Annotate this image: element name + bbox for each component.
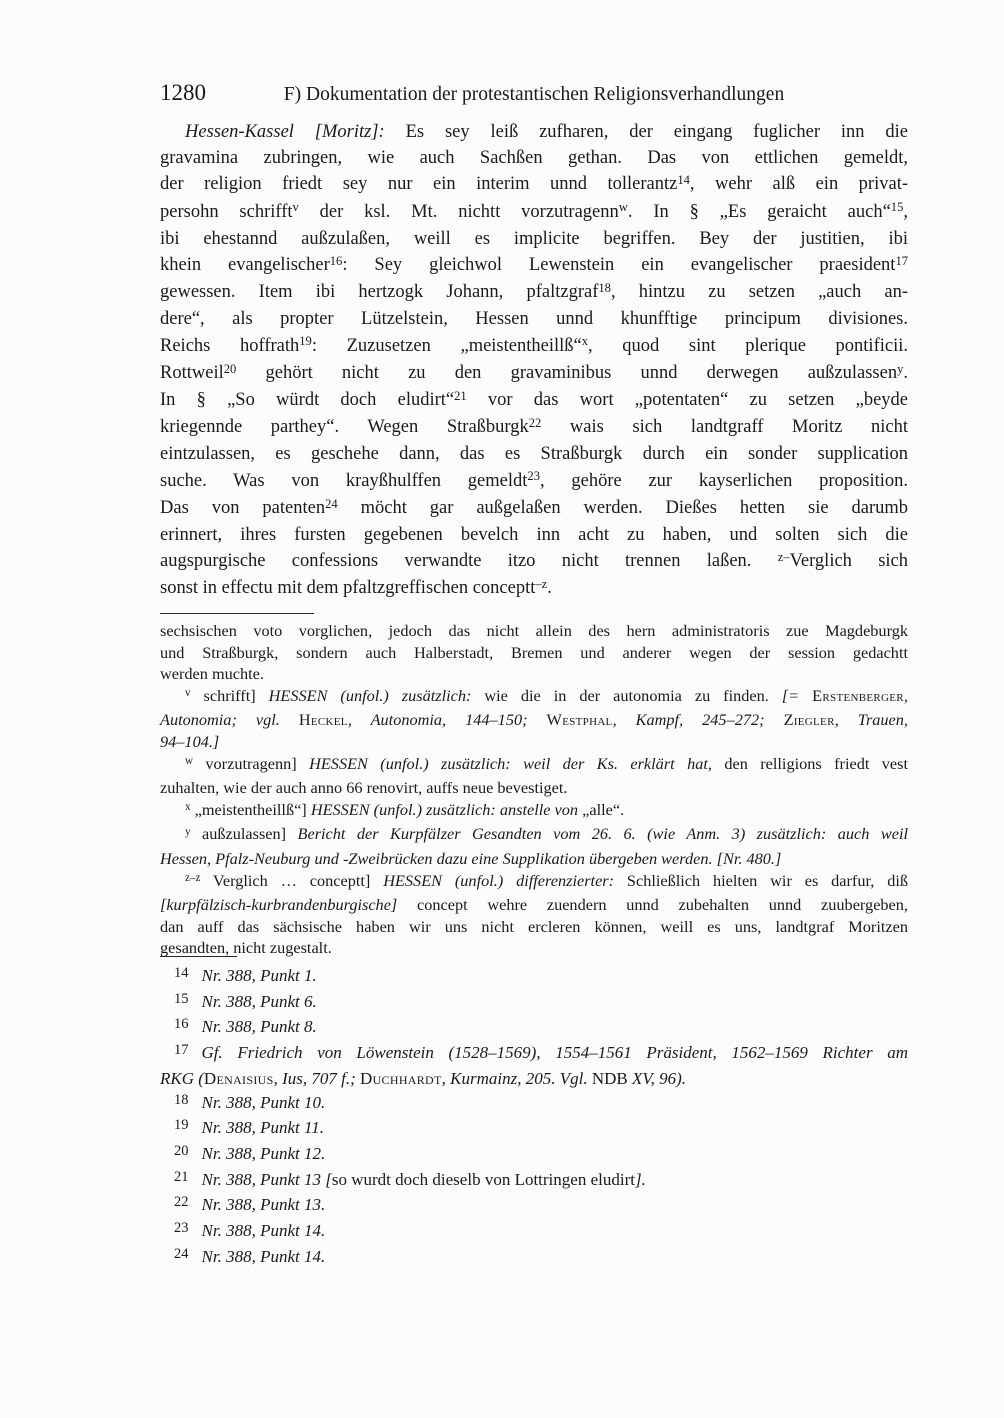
text-segment: Nr. 388, Punkt 6. [202, 992, 317, 1011]
footnote-number: 21 [174, 1166, 189, 1190]
numbered-footnotes-section: 14Nr. 388, Punkt 1.15Nr. 388, Punkt 6.16… [160, 964, 908, 1270]
text-segment: . In § „Es geraicht auch“ [628, 202, 891, 222]
footnote-number: 22 [174, 1191, 189, 1215]
body-text-line: augspurgische confessions verwandte itzo… [160, 548, 908, 575]
text-segment: gehört nicht zu den gravaminibus unnd de… [236, 363, 897, 383]
text-segment: HESSEN (unfol.) zusätzlich: anstelle von [311, 800, 582, 819]
text-segment: , gehöre zur kayserlichen proposition. [540, 471, 908, 491]
text-segment: Nr. 388, Punkt 10. [202, 1093, 326, 1112]
text-segment: , Autonomia, 144–150; [348, 710, 547, 729]
text-segment: Nr. 388, Punkt 8. [202, 1017, 317, 1036]
body-text-line: gravamina zubringen, wie auch Sachßen ge… [160, 145, 908, 171]
apparatus-line: 94–104.] [160, 731, 908, 753]
text-segment: In § „So würdt doch eludirt“ [160, 390, 454, 410]
text-segment: : Sey gleichwol Lewenstein ein evangelis… [342, 255, 895, 275]
text-segment: Nr. 388, Punkt 13 [ [202, 1170, 332, 1189]
body-text-line: suche. Was von krayßhulffen gemeldt23, g… [160, 468, 908, 495]
text-segment: Schließlich hielten wir es darfur, diß [614, 871, 908, 890]
footnote-marker: –z [535, 577, 547, 591]
text-segment: HESSEN (unfol.) zusätzlich: weil der Ks.… [309, 754, 712, 773]
page-number: 1280 [160, 80, 206, 106]
apparatus-line: werden muchte. [160, 663, 908, 685]
text-segment: persohn schrifft [160, 202, 293, 222]
apparatus-line: v schrifft] HESSEN (unfol.) zusätzlich: … [160, 685, 908, 710]
apparatus-line: w vorzutragenn] HESSEN (unfol.) zusätzli… [160, 753, 908, 778]
text-segment: Westphal [547, 710, 613, 729]
footnote-line: 16Nr. 388, Punkt 8. [160, 1015, 908, 1041]
footnote-separator-2 [160, 956, 237, 957]
footnote-number: 18 [174, 1089, 189, 1113]
text-segment: HESSEN (unfol.) zusätzlich: [269, 686, 472, 705]
body-text-line: persohn schrifftv der ksl. Mt. nichtt vo… [160, 199, 908, 226]
text-segment: „alle“. [582, 800, 624, 819]
footnote-marker: 24 [325, 497, 338, 511]
text-segment: . [547, 578, 552, 598]
footnote-line: 24Nr. 388, Punkt 14. [160, 1245, 908, 1271]
page-header: 1280 F) Dokumentation der protestantisch… [160, 80, 908, 110]
text-segment: [= [782, 686, 812, 705]
text-segment: werden muchte. [160, 664, 264, 683]
footnote-number: 23 [174, 1217, 189, 1241]
text-segment: Rottweil [160, 363, 224, 383]
text-segment: Gf. Friedrich von Löwenstein (1528–1569)… [202, 1043, 909, 1062]
body-text-line: ibi ehestannd außzulaßen, weill es impli… [160, 226, 908, 252]
text-segment: „meistentheillß“] [191, 800, 311, 819]
text-segment: khein evangelischer [160, 255, 330, 275]
text-segment: den relligions friedt vest [712, 754, 908, 773]
footnote-number: 15 [174, 988, 189, 1012]
text-segment: wais sich landtgraff Moritz nicht [541, 417, 908, 437]
body-text-line: Rottweil20 gehört nicht zu den gravamini… [160, 360, 908, 387]
footnote-marker: 21 [454, 389, 467, 403]
footnote-marker: v [185, 687, 191, 699]
text-segment: der religion friedt sey nur ein interim … [160, 174, 677, 194]
text-segment: , quod sint plerique pontificii. [588, 336, 908, 356]
apparatus-line: sechsischen voto vorglichen, jedoch das … [160, 620, 908, 642]
text-segment: Nr. 388, Punkt 14. [202, 1221, 326, 1240]
body-text-line: dere“, als propter Lützelstein, Hessen u… [160, 306, 908, 332]
body-text-line: der religion friedt sey nur ein interim … [160, 171, 908, 198]
footnote-marker: x [582, 334, 588, 348]
apparatus-line: y außzulassen] Bericht der Kurpfälzer Ge… [160, 823, 908, 848]
apparatus-line: und Straßburgk, sondern auch Halberstadt… [160, 642, 908, 664]
footnote-marker: z–z [185, 872, 200, 884]
text-segment: Bericht der Kurpfälzer Gesandten vom 26.… [298, 824, 908, 843]
text-segment: sonst in effectu mit dem pfaltzgreffisch… [160, 578, 535, 598]
footnote-number: 20 [174, 1140, 189, 1164]
text-segment: : Zuzusetzen „meistentheillß“ [312, 336, 582, 356]
text-segment: , Ius, 707 f.; [274, 1069, 360, 1088]
footnote-marker: y [185, 826, 191, 838]
text-segment: , [904, 686, 908, 705]
footnote-line: 17Gf. Friedrich von Löwenstein (1528–156… [160, 1041, 908, 1067]
footnote-marker: 14 [677, 173, 690, 187]
text-segment: Erstenberger [812, 686, 904, 705]
text-segment: der ksl. Mt. nichtt vorzutragenn [299, 202, 619, 222]
apparatus-line: z–z Verglich … conceptt] HESSEN (unfol.)… [160, 870, 908, 895]
apparatus-line: x „meistentheillß“] HESSEN (unfol.) zusä… [160, 799, 908, 824]
text-segment: HESSEN (unfol.) differenzierter: [383, 871, 614, 890]
text-segment: Hessen, Pfalz-Neuburg und -Zweibrücken d… [160, 849, 781, 868]
footnote-line: 21Nr. 388, Punkt 13 [so wurdt doch diese… [160, 1168, 908, 1194]
text-segment: Nr. 388, Punkt 11. [202, 1118, 324, 1137]
text-segment: gewessen. Item ibi hertzogk Johann, pfal… [160, 282, 598, 302]
body-text-line: Reichs hoffrath19: Zuzusetzen „meistenth… [160, 333, 908, 360]
apparatus-line: Hessen, Pfalz-Neuburg und -Zweibrücken d… [160, 848, 908, 870]
running-header-title: F) Dokumentation der protestantischen Re… [160, 80, 908, 108]
text-segment: Es sey leiß zufharen, der eingang fuglic… [385, 122, 908, 142]
text-segment: [kurpfälzisch-kurbrandenburgische] [160, 895, 397, 914]
apparatus-line: [kurpfälzisch-kurbrandenburgische] conce… [160, 894, 908, 916]
text-segment: Das von patenten [160, 498, 325, 518]
text-segment: außzulassen] [191, 824, 298, 843]
apparatus-line: dan auff das sächsische haben wir uns ni… [160, 916, 908, 938]
text-segment: Nr. 388, Punkt 13. [202, 1195, 326, 1214]
text-segment: concept wehre zuendern unnd zubehalten u… [397, 895, 908, 914]
text-segment: ]. [635, 1170, 646, 1189]
footnote-line: 19Nr. 388, Punkt 11. [160, 1116, 908, 1142]
text-segment: Denaisius [204, 1069, 274, 1088]
text-segment: sechsischen voto vorglichen, jedoch das … [160, 621, 908, 640]
footnote-marker: w [185, 755, 193, 767]
body-text-line: Hessen-Kassel [Moritz]: Es sey leiß zufh… [160, 119, 908, 145]
footnote-separator [160, 613, 314, 614]
text-segment: , Kurmainz, 205. Vgl. [442, 1069, 592, 1088]
body-text-line: sonst in effectu mit dem pfaltzgreffisch… [160, 575, 908, 602]
critical-apparatus-section: sechsischen voto vorglichen, jedoch das … [160, 620, 908, 959]
footnote-marker: w [619, 200, 628, 214]
text-segment: augspurgische confessions verwandte itzo… [160, 551, 778, 571]
apparatus-line: gesandten, nicht zugestalt. [160, 937, 908, 959]
text-segment: Reichs hoffrath [160, 336, 299, 356]
text-segment: zuhalten, wie der auch anno 66 renovirt,… [160, 778, 567, 797]
text-segment: Nr. 388, Punkt 12. [202, 1144, 326, 1163]
footnote-number: 19 [174, 1114, 189, 1138]
text-segment: , [903, 202, 908, 222]
body-text-line: erinnert, ihres fursten gegebenen bevelc… [160, 522, 908, 548]
text-segment: XV, 96). [632, 1069, 686, 1088]
text-segment: möcht gar außgelaßen werden. Dießes hett… [338, 498, 908, 518]
footnote-line: 14Nr. 388, Punkt 1. [160, 964, 908, 990]
footnote-line: 18Nr. 388, Punkt 10. [160, 1091, 908, 1117]
text-segment: , Trauen, [835, 710, 908, 729]
body-text-line: In § „So würdt doch eludirt“21 vor das w… [160, 387, 908, 414]
footnote-marker: 20 [224, 362, 237, 376]
text-segment: gravamina zubringen, wie auch Sachßen ge… [160, 148, 908, 168]
text-segment: und Straßburgk, sondern auch Halberstadt… [160, 643, 908, 662]
text-segment: suche. Was von krayßhulffen gemeldt [160, 471, 527, 491]
text-segment: ibi ehestannd außzulaßen, weill es impli… [160, 229, 908, 249]
footnote-marker: 22 [529, 416, 542, 430]
footnote-marker: 15 [891, 200, 904, 214]
footnote-marker: v [293, 200, 299, 214]
text-segment: dere“, als propter Lützelstein, Hessen u… [160, 309, 908, 329]
footnote-marker: z– [778, 550, 790, 564]
text-segment: NDB [592, 1069, 632, 1088]
footnote-line: RKG (Denaisius, Ius, 707 f.; Duchhardt, … [160, 1067, 908, 1091]
text-segment: erinnert, ihres fursten gegebenen bevelc… [160, 525, 908, 545]
text-segment: , Kampf, 245–272; [613, 710, 784, 729]
text-segment: , wehr alß ein privat- [690, 174, 908, 194]
text-segment: Hessen-Kassel [Moritz]: [185, 122, 385, 142]
footnote-marker: x [185, 801, 191, 813]
text-segment: Autonomia; vgl. [160, 710, 299, 729]
text-segment: dan auff das sächsische haben wir uns ni… [160, 917, 908, 936]
text-segment: schrifft] [191, 686, 269, 705]
footnote-marker: 16 [330, 254, 343, 268]
footnote-marker: 17 [895, 254, 908, 268]
text-segment: vor das wort „potentaten“ zu setzen „bey… [467, 390, 908, 410]
book-page: 1280 F) Dokumentation der protestantisch… [0, 0, 1004, 1418]
text-segment: eintzulassen, es geschehe dann, das es S… [160, 444, 908, 464]
text-segment: kriegennde parthey“. Wegen Straßburgk [160, 417, 529, 437]
footnote-number: 16 [174, 1013, 189, 1037]
footnote-number: 14 [174, 962, 189, 986]
text-segment: RKG ( [160, 1069, 204, 1088]
body-text-line: eintzulassen, es geschehe dann, das es S… [160, 441, 908, 467]
text-segment: Ziegler [784, 710, 835, 729]
footnote-line: 20Nr. 388, Punkt 12. [160, 1142, 908, 1168]
text-segment: vorzutragenn] [193, 754, 309, 773]
footnote-marker: 19 [299, 334, 312, 348]
footnote-line: 23Nr. 388, Punkt 14. [160, 1219, 908, 1245]
text-segment: gesandten, nicht zugestalt. [160, 938, 332, 957]
text-segment: Nr. 388, Punkt 14. [202, 1247, 326, 1266]
body-text-line: khein evangelischer16: Sey gleichwol Lew… [160, 252, 908, 279]
text-segment: so wurdt doch dieselb von Lottringen elu… [332, 1170, 635, 1189]
text-segment: wie die in der autonomia zu finden. [471, 686, 781, 705]
body-text-line: kriegennde parthey“. Wegen Straßburgk22 … [160, 414, 908, 441]
body-text-line: Das von patenten24 möcht gar außgelaßen … [160, 495, 908, 522]
main-text-paragraph: Hessen-Kassel [Moritz]: Es sey leiß zufh… [160, 119, 908, 603]
text-segment: . [903, 363, 908, 383]
text-segment: Nr. 388, Punkt 1. [202, 966, 317, 985]
text-segment: Duchhardt [360, 1069, 442, 1088]
footnote-marker: 18 [598, 281, 611, 295]
footnote-marker: y [897, 362, 903, 376]
text-segment: Verglich sich [790, 551, 908, 571]
text-segment: Verglich … conceptt] [200, 871, 383, 890]
text-segment: Heckel [299, 710, 348, 729]
footnote-marker: 23 [527, 469, 540, 483]
footnote-number: 24 [174, 1243, 189, 1267]
apparatus-line: zuhalten, wie der auch anno 66 renovirt,… [160, 777, 908, 799]
footnote-line: 15Nr. 388, Punkt 6. [160, 990, 908, 1016]
footnote-number: 17 [174, 1039, 189, 1063]
body-text-line: gewessen. Item ibi hertzogk Johann, pfal… [160, 279, 908, 306]
footnote-line: 22Nr. 388, Punkt 13. [160, 1193, 908, 1219]
text-segment: 94–104.] [160, 732, 219, 751]
apparatus-line: Autonomia; vgl. Heckel, Autonomia, 144–1… [160, 709, 908, 731]
text-segment: , hintzu zu setzen „auch an- [611, 282, 908, 302]
